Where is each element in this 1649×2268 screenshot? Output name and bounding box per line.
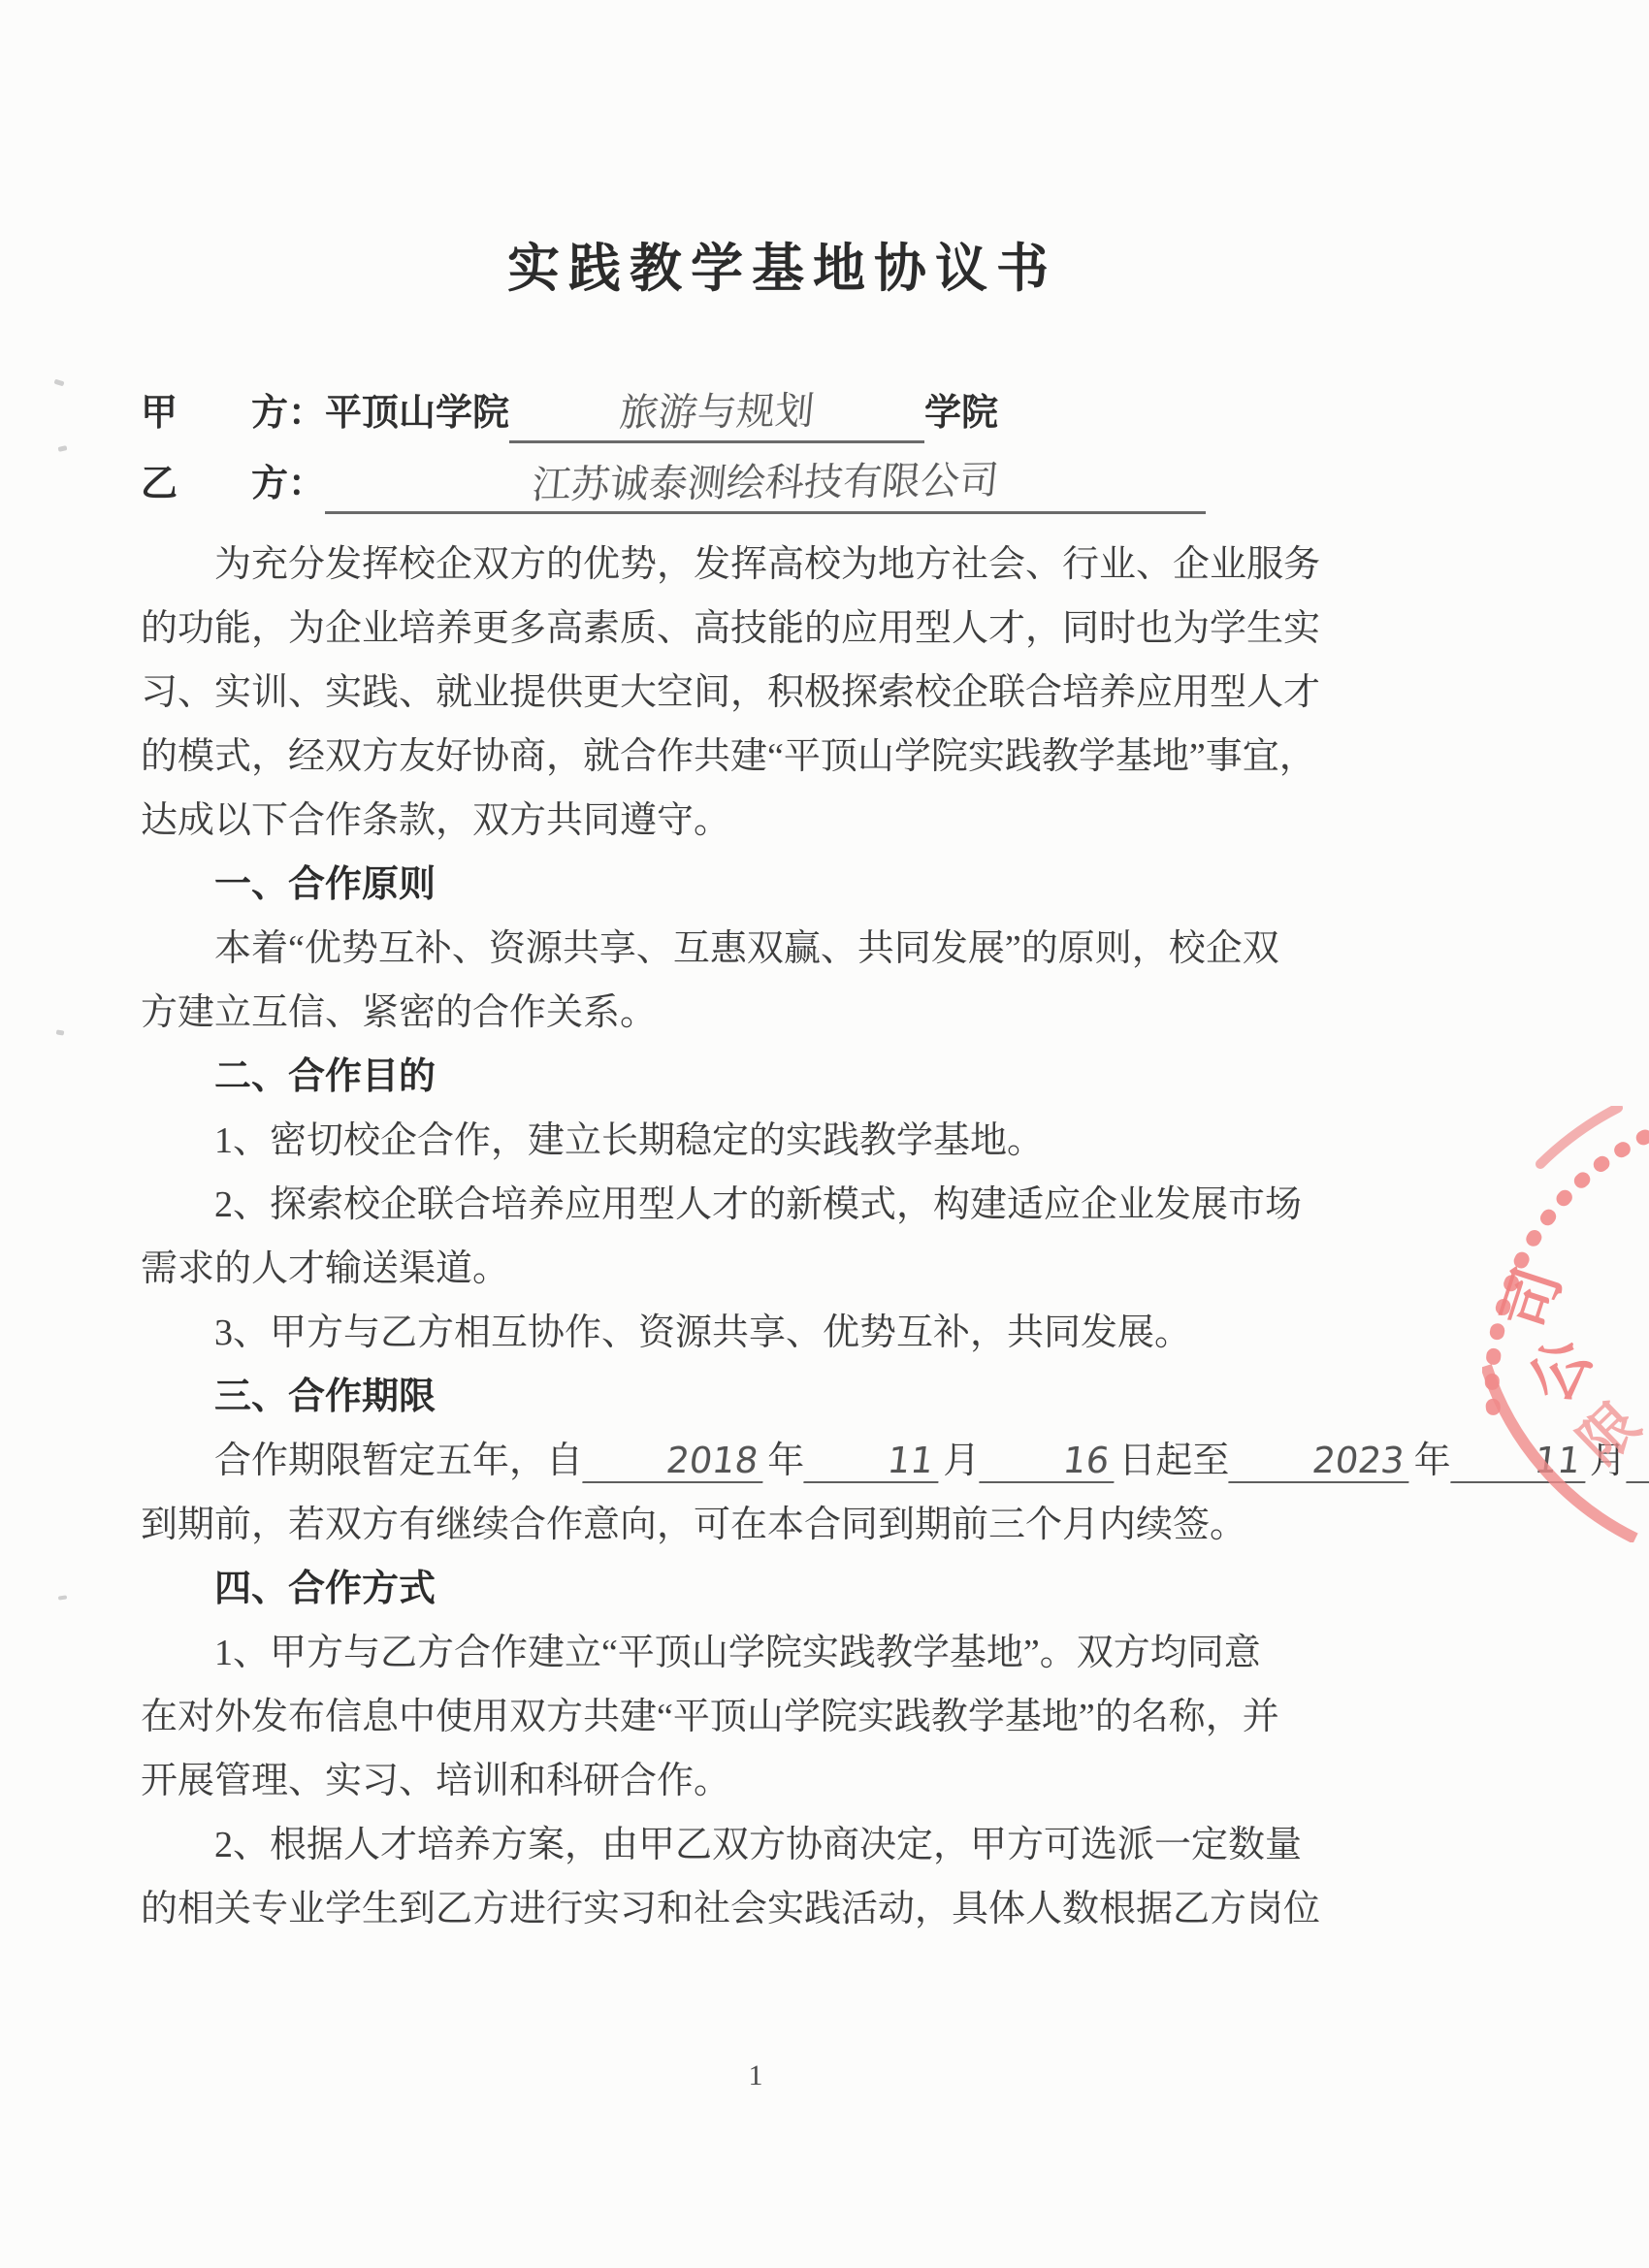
section-2-item-3: 3、甲方与乙方相互协作、资源共享、优势互补，共同发展。 xyxy=(141,1301,1371,1365)
intro-line: 的功能，为企业培养更多高素质、高技能的应用型人才，同时也为学生实 xyxy=(141,597,1371,661)
section-4-item-1-cont: 开展管理、实习、培训和科研合作。 xyxy=(141,1749,1371,1813)
intro-line: 为充分发挥校企双方的优势，发挥高校为地方社会、行业、企业服务 xyxy=(141,533,1371,597)
section-2-item-2: 2、探索校企联合培养应用型人才的新模式，构建适应企业发展市场 xyxy=(141,1173,1371,1237)
section-2-heading: 二、合作目的 xyxy=(141,1045,1371,1109)
start-day-handwritten: 16 xyxy=(980,1441,1119,1483)
section-2-item-2-cont: 需求的人才输送渠道。 xyxy=(141,1237,1371,1301)
intro-line: 的模式，经双方友好协商，就合作共建“平顶山学院实践教学基地”事宜， xyxy=(141,725,1371,789)
scan-artifact xyxy=(58,1595,67,1600)
section-4-item-1-cont: 在对外发布信息中使用双方共建“平顶山学院实践教学基地”的名称，并 xyxy=(141,1685,1371,1749)
section-3-line: 到期前，若双方有继续合作意向，可在本合同到期前三个月内续签。 xyxy=(141,1493,1371,1557)
mid-sep: 日起至 xyxy=(1118,1441,1229,1481)
scan-artifact xyxy=(58,445,68,452)
section-4-heading: 四、合作方式 xyxy=(141,1557,1371,1621)
party-b-handwritten-blank: 江苏诚泰测绘科技有限公司 xyxy=(325,456,1206,514)
scan-artifact xyxy=(56,1029,65,1035)
document-title: 实践教学基地协议书 xyxy=(194,0,1371,308)
section-3-heading: 三、合作期限 xyxy=(141,1365,1371,1429)
start-year-handwritten: 2018 xyxy=(582,1441,768,1483)
party-a-label: 甲 方： xyxy=(141,393,325,434)
end-month-handwritten: 11 xyxy=(1450,1441,1590,1483)
document-body: 实践教学基地协议书 甲 方：平顶山学院旅游与规划学院 乙 方：江苏诚泰测绘科技有… xyxy=(141,0,1371,2092)
party-a-handwritten-blank: 旅游与规划 xyxy=(509,385,924,443)
start-month-handwritten: 11 xyxy=(804,1441,944,1483)
party-b-line: 乙 方：江苏诚泰测绘科技有限公司 xyxy=(141,449,1371,520)
scan-artifact xyxy=(53,379,64,387)
month-sep-2: 月 xyxy=(1590,1441,1627,1481)
section-4-item-2: 2、根据人才培养方案，由甲乙双方协商决定，甲方可选派一定数量 xyxy=(141,1813,1371,1877)
agreement-text: 为充分发挥校企双方的优势，发挥高校为地方社会、行业、企业服务 的功能，为企业培养… xyxy=(141,533,1371,1941)
scanned-agreement-page: 实践教学基地协议书 甲 方：平顶山学院旅游与规划学院 乙 方：江苏诚泰测绘科技有… xyxy=(0,0,1649,2268)
section-4-item-1: 1、甲方与乙方合作建立“平顶山学院实践教学基地”。双方均同意 xyxy=(141,1621,1371,1685)
section-1-line: 方建立互信、紧密的合作关系。 xyxy=(141,981,1371,1045)
section-3-term-line: 合作期限暂定五年，自2018年11月16日起至2023年11月15日止。合同 xyxy=(141,1429,1371,1493)
party-b-handwritten-text: 江苏诚泰测绘科技有限公司 xyxy=(530,453,1001,512)
end-day-handwritten: 15 xyxy=(1626,1441,1649,1483)
page-number: 1 xyxy=(141,2059,1371,2092)
intro-line: 习、实训、实践、就业提供更大空间，积极探索校企联合培养应用型人才 xyxy=(141,661,1371,725)
year-sep-1: 年 xyxy=(767,1441,804,1481)
party-a-line: 甲 方：平顶山学院旅游与规划学院 xyxy=(141,378,1371,449)
year-sep-2: 年 xyxy=(1414,1441,1451,1481)
party-a-printed-prefix: 平顶山学院 xyxy=(325,393,509,434)
section-1-heading: 一、合作原则 xyxy=(141,853,1371,917)
intro-line: 达成以下合作条款，双方共同遵守。 xyxy=(141,789,1371,853)
party-b-label: 乙 方： xyxy=(141,464,325,504)
party-a-handwritten-text: 旅游与规划 xyxy=(617,384,817,440)
seal-char-mid: 公 xyxy=(1516,1327,1604,1413)
seal-char-top: 司 xyxy=(1492,1260,1574,1338)
party-a-printed-suffix: 学院 xyxy=(924,393,998,434)
end-year-handwritten: 2023 xyxy=(1229,1441,1415,1483)
month-sep-1: 月 xyxy=(943,1441,980,1481)
section-1-line: 本着“优势互补、资源共享、互惠双赢、共同发展”的原则，校企双 xyxy=(141,917,1371,981)
section-4-item-2-cont: 的相关专业学生到乙方进行实习和社会实践活动，具体人数根据乙方岗位 xyxy=(141,1877,1371,1941)
section-2-item-1: 1、密切校企合作，建立长期稳定的实践教学基地。 xyxy=(141,1109,1371,1173)
parties-block: 甲 方：平顶山学院旅游与规划学院 乙 方：江苏诚泰测绘科技有限公司 xyxy=(141,378,1371,520)
term-prefix: 合作期限暂定五年，自 xyxy=(214,1441,583,1481)
